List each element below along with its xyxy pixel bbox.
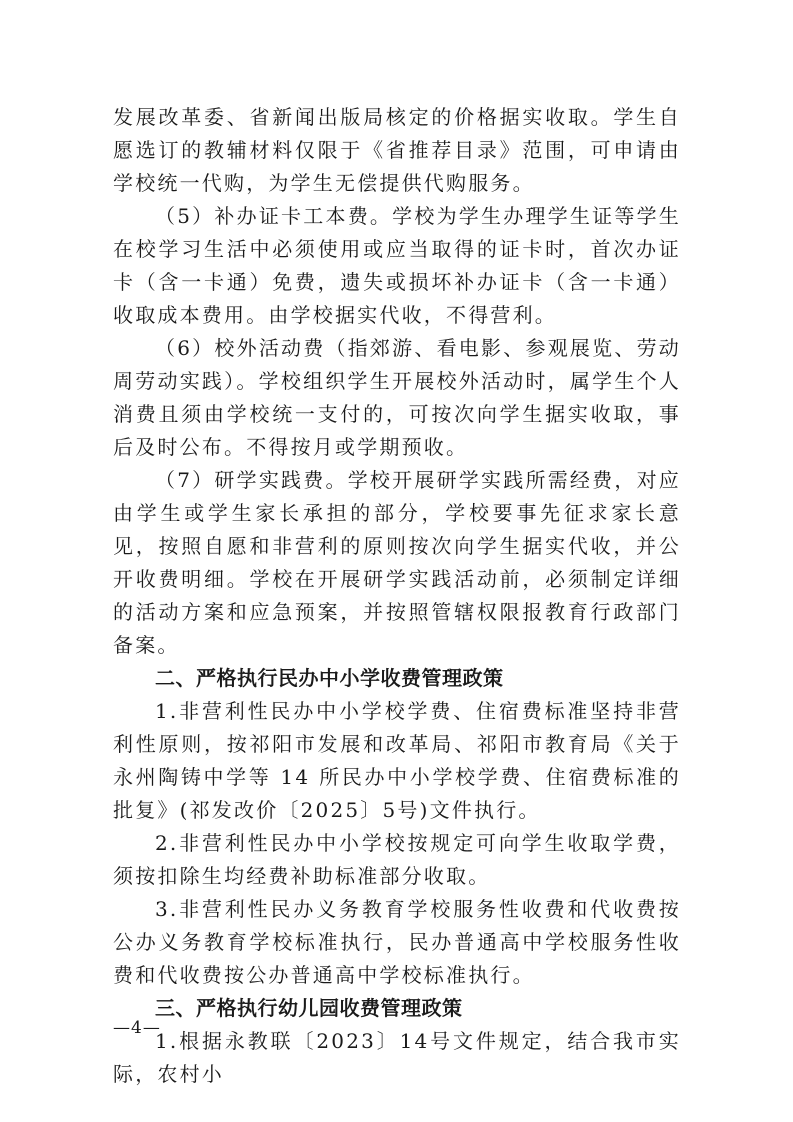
- paragraph-kindergarten-rule: 1.根据永教联〔2023〕14号文件规定，结合我市实际，农村小: [113, 1025, 681, 1091]
- paragraph-outing-fee: （6）校外活动费（指郊游、看电影、参观展览、劳动周劳动实践）。学校组织学生开展校…: [113, 332, 681, 464]
- paragraph-card-fee: （5）补办证卡工本费。学校为学生办理学生证等学生在校学习生活中必须使用或应当取得…: [113, 200, 681, 332]
- section-heading-private-schools: 二、严格执行民办中小学收费管理政策: [113, 662, 681, 695]
- paragraph-textbook-purchase: 发展改革委、省新闻出版局核定的价格据实收取。学生自愿选订的教辅材料仅限于《省推荐…: [113, 101, 681, 200]
- paragraph-private-tuition-deduction: 2.非营利性民办中小学校按规定可向学生收取学费，须按扣除生均经费补助标准部分收取…: [113, 827, 681, 893]
- section-heading-kindergartens: 三、严格执行幼儿园收费管理政策: [113, 992, 681, 1025]
- paragraph-study-tour-fee: （7）研学实践费。学校开展研学实践所需经费，对应由学生或学生家长承担的部分，学校…: [113, 464, 681, 662]
- paragraph-private-tuition-standard: 1.非营利性民办中小学校学费、住宿费标准坚持非营利性原则，按祁阳市发展和改革局、…: [113, 695, 681, 827]
- document-page: 发展改革委、省新闻出版局核定的价格据实收取。学生自愿选订的教辅材料仅限于《省推荐…: [113, 101, 681, 1091]
- paragraph-private-service-fees: 3.非营利性民办义务教育学校服务性收费和代收费按公办义务教育学校标准执行，民办普…: [113, 893, 681, 992]
- page-number: —4—: [113, 1018, 161, 1038]
